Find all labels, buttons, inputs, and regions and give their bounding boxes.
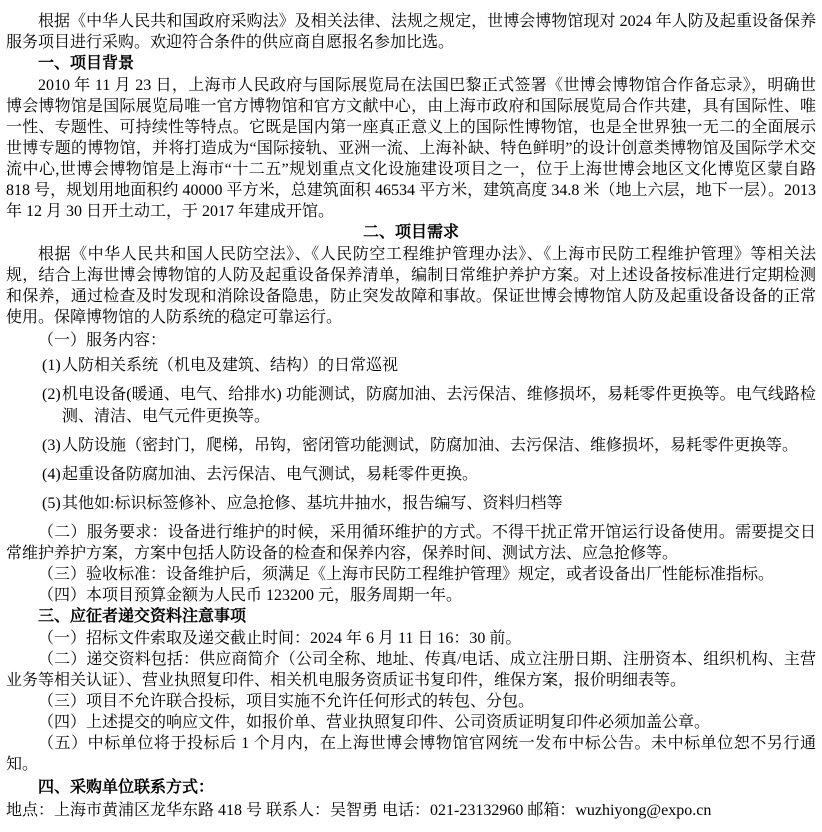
contact-info-line: 地点：上海市黄浦区龙华东路 418 号 联系人：吴智勇 电话：021-23132… (6, 800, 816, 822)
list-item: (2) 机电设备(暖通、电气、给排水) 功能测试，防腐加油、去污保洁、维修损坏，… (6, 384, 816, 428)
list-item: (1) 人防相关系统（机电及建筑、结构）的日常巡视 (6, 355, 816, 377)
budget-paragraph: （四）本项目预算金额为人民币 123200 元，服务周期一年。 (6, 585, 816, 606)
section3-item: （五）中标单位将于投标后 1 个月内，在上海世博会博物馆官网统一发布中标公告。未… (6, 733, 816, 775)
section2-body: 根据《中华人民共和国人民防空法》、《人民防空工程维护管理办法》、《上海市民防工程… (6, 244, 816, 328)
intro-paragraph: 根据《中华人民共和国政府采购法》及相关法律、法规之规定，世博会博物馆现对 202… (6, 11, 816, 53)
service-items-list: (1) 人防相关系统（机电及建筑、结构）的日常巡视 (2) 机电设备(暖通、电气… (6, 355, 816, 515)
procurement-notice-document: 根据《中华人民共和国政府采购法》及相关法律、法规之规定，世博会博物馆现对 202… (0, 0, 822, 832)
list-item-number: (5) (42, 493, 61, 515)
section3-heading: 三、应征者递交资料注意事项 (6, 606, 816, 628)
section1-body: 2010 年 11 月 23 日，上海市人民政府与国际展览局在法国巴黎正式签署《… (6, 75, 816, 222)
list-item-number: (1) (42, 355, 61, 377)
section3-item: （四）上述提交的响应文件，如报价单、营业执照复印件、公司资质证明复印件必须加盖公… (6, 712, 816, 733)
section4-heading: 四、采购单位联系方式： (6, 777, 816, 799)
section3-item: （三）项目不允许联合投标，项目实施不允许任何形式的转包、分包。 (6, 691, 816, 712)
list-item: (3) 人防设施（密封门，爬梯，吊钩，密闭管功能测试，防腐加油、去污保洁、维修损… (6, 435, 816, 457)
list-item-text: 人防设施（密封门，爬梯，吊钩，密闭管功能测试，防腐加油、去污保洁、维修损坏，易耗… (62, 437, 798, 454)
section3-item: （一）招标文件索取及递交截止时间：2024 年 6 月 11 日 16：30 前… (6, 628, 816, 649)
list-item: (5) 其他如:标识标签修补、应急抢修、基坑井抽水，报告编写、资料归档等 (6, 493, 816, 515)
list-item-text: 起重设备防腐加油、去污保洁、电气测试，易耗零件更换。 (62, 466, 478, 483)
service-requirement-paragraph: （二）服务要求：设备进行维护的时候，采用循环维护的方式。不得干扰正常开馆运行设备… (6, 522, 816, 564)
list-item-text: 其他如:标识标签修补、应急抢修、基坑井抽水，报告编写、资料归档等 (62, 495, 562, 512)
acceptance-standard-paragraph: （三）验收标准：设备维护后，须满足《上海市民防工程维护管理》规定，或者设备出厂性… (6, 564, 816, 585)
section2-heading: 二、项目需求 (6, 222, 816, 244)
section1-heading: 一、项目背景 (6, 53, 816, 75)
list-item-text: 人防相关系统（机电及建筑、结构）的日常巡视 (62, 357, 398, 374)
list-item-text: 机电设备(暖通、电气、给排水) 功能测试，防腐加油、去污保洁、维修损坏，易耗零件… (62, 386, 816, 425)
service-content-label: （一）服务内容： (6, 330, 816, 351)
section3-item: （二）递交资料包括：供应商简介（公司全称、地址、传真/电话、成立注册日期、注册资… (6, 649, 816, 691)
list-item-number: (3) (42, 435, 61, 457)
list-item: (4) 起重设备防腐加油、去污保洁、电气测试，易耗零件更换。 (6, 464, 816, 486)
list-item-number: (2) (42, 384, 61, 406)
list-item-number: (4) (42, 464, 61, 486)
